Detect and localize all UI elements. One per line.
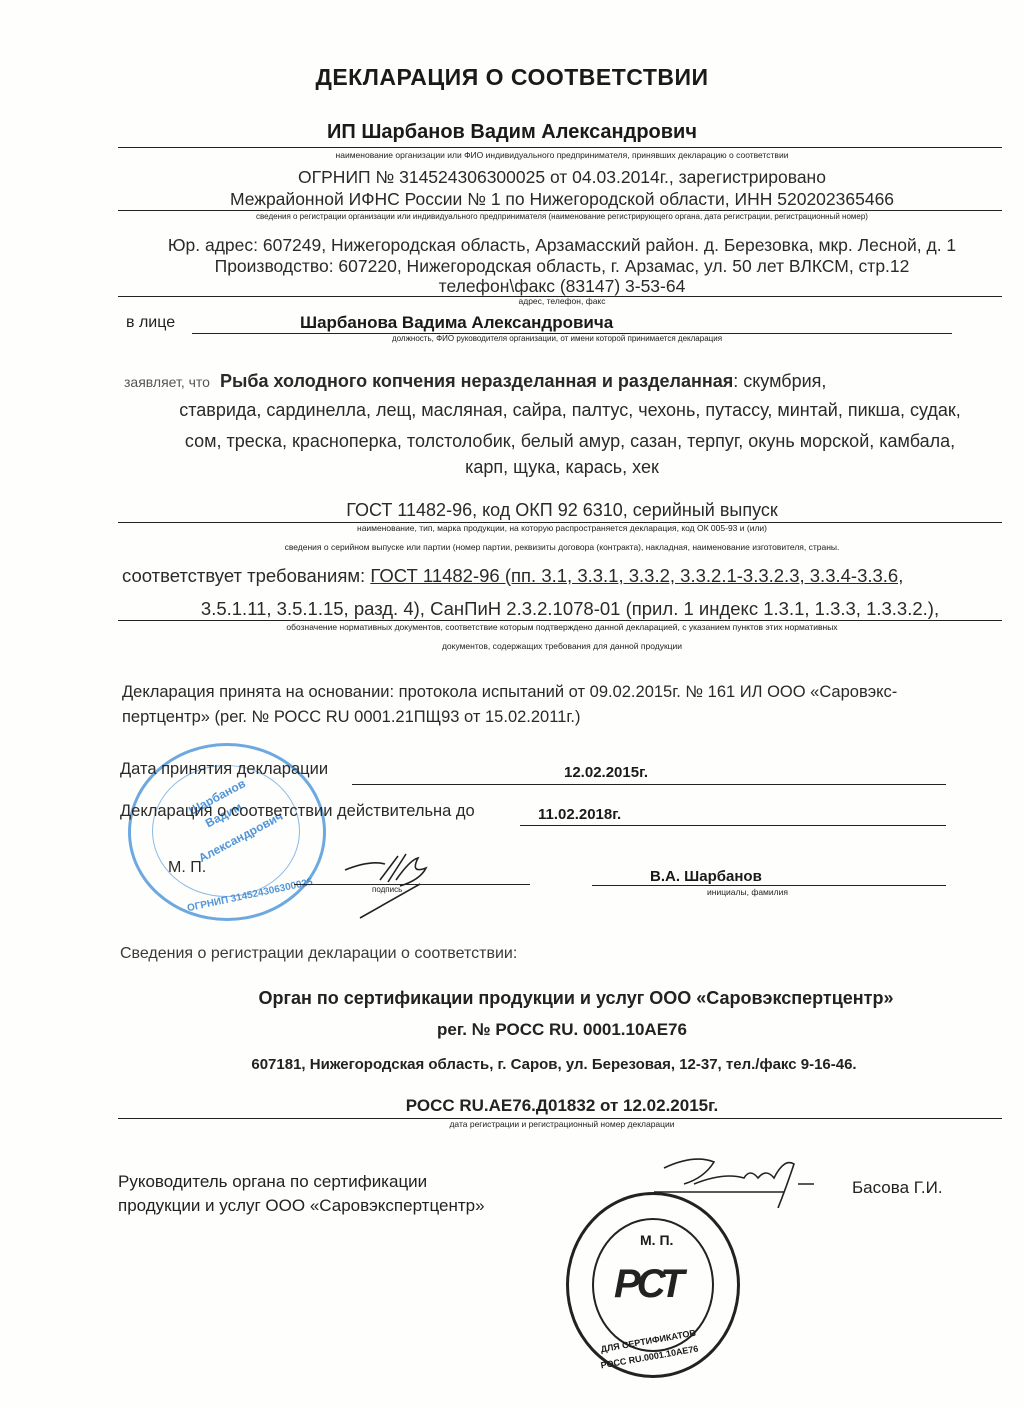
compliance-line-2: 3.5.1.11, 3.5.1.15, разд. 4), СанПиН 2.3… bbox=[70, 598, 1024, 620]
product-intro: заявляет, что bbox=[124, 374, 210, 390]
divider bbox=[118, 147, 1002, 148]
product-line-4: карп, щука, карась, хек bbox=[0, 457, 1024, 478]
address-line-1: Юр. адрес: 607249, Нижегородская область… bbox=[0, 235, 1024, 256]
divider bbox=[118, 620, 1002, 621]
address-caption: адрес, телефон, факс bbox=[0, 296, 1024, 306]
organization-name: ИП Шарбанов Вадим Александрович bbox=[0, 121, 1024, 144]
product-spec-caption-1: наименование, тип, марка продукции, на к… bbox=[0, 523, 1024, 533]
organization-name-caption: наименование организации или ФИО индивид… bbox=[0, 150, 1024, 160]
compliance-line-1: соответствует требованиям: ГОСТ 11482-96… bbox=[122, 565, 903, 587]
compliance-caption-2: документов, содержащих требования для да… bbox=[0, 641, 1024, 651]
valid-until-value: 11.02.2018г. bbox=[538, 806, 621, 823]
compliance-standards: ГОСТ 11482-96 (пп. 3.1, 3.3.1, 3.3.2, 3.… bbox=[370, 565, 903, 586]
valid-until-label: Декларация о соответствии действительна … bbox=[120, 802, 475, 821]
address-line-3: телефон\факс (83147) 3-53-64 bbox=[0, 276, 1024, 297]
head-name: Басова Г.И. bbox=[852, 1178, 943, 1198]
certification-body-address: 607181, Нижегородская область, г. Саров,… bbox=[0, 1056, 1024, 1073]
signer-caption: инициалы, фамилия bbox=[707, 887, 788, 897]
stamp-place-label: М. П. bbox=[168, 859, 206, 877]
document-title: ДЕКЛАРАЦИЯ О СООТВЕТСТВИИ bbox=[0, 64, 1024, 91]
registration-intro: Сведения о регистрации декларации о соот… bbox=[120, 945, 517, 963]
compliance-label: соответствует требованиям: bbox=[122, 565, 365, 586]
certification-stamp-mp: М. П. bbox=[640, 1232, 673, 1248]
compliance-caption-1: обозначение нормативных документов, соот… bbox=[0, 622, 1024, 632]
declaration-page: ДЕКЛАРАЦИЯ О СООТВЕТСТВИИ ИП Шарбанов Ва… bbox=[0, 0, 1024, 1408]
product-spec-caption-2: сведения о серийном выпуске или партии (… bbox=[0, 542, 1024, 552]
address-line-2: Производство: 607220, Нижегородская обла… bbox=[0, 256, 1024, 277]
representative-caption: должность, ФИО руководителя организации,… bbox=[344, 334, 770, 343]
product-line-1-rest: : скумбрия, bbox=[733, 371, 826, 391]
basis-line-2: пертцентр» (рег. № РОСС RU 0001.21ПЩ93 о… bbox=[122, 708, 580, 727]
certification-body: Орган по сертификации продукции и услуг … bbox=[0, 988, 1024, 1009]
product-spec: ГОСТ 11482-96, код ОКП 92 6310, серийный… bbox=[0, 500, 1024, 521]
basis-line-1: Декларация принята на основании: протоко… bbox=[122, 683, 897, 702]
product-line-1: заявляет, что Рыба холодного копчения не… bbox=[124, 371, 826, 392]
certification-body-reg-no: рег. № РОСС RU. 0001.10АЕ76 bbox=[0, 1020, 1024, 1040]
accepted-date-value: 12.02.2015г. bbox=[564, 764, 648, 781]
head-title-line-2: продукции и услуг ООО «Саровэкспертцентр… bbox=[118, 1196, 485, 1216]
head-title-line-1: Руководитель органа по сертификации bbox=[118, 1172, 427, 1192]
divider bbox=[520, 825, 946, 826]
divider bbox=[352, 784, 946, 785]
accepted-date-label: Дата принятия декларации bbox=[120, 760, 328, 779]
divider bbox=[118, 210, 1002, 211]
declaration-reg-number: РОСС RU.АЕ76.Д01832 от 12.02.2015г. bbox=[0, 1096, 1024, 1116]
registration-caption: сведения о регистрации организации или и… bbox=[0, 212, 1024, 221]
product-line-3: сом, треска, красноперка, толстолобик, б… bbox=[100, 431, 1024, 452]
declaration-reg-caption: дата регистрации и регистрационный номер… bbox=[0, 1119, 1024, 1129]
product-name: Рыба холодного копчения неразделанная и … bbox=[220, 371, 733, 391]
registration-line-1: ОГРНИП № 314524306300025 от 04.03.2014г.… bbox=[0, 167, 1024, 188]
representative-label: в лице bbox=[126, 314, 175, 332]
rst-logo: РСТ bbox=[614, 1262, 680, 1307]
divider bbox=[592, 885, 946, 886]
representative-name: Шарбанова Вадима Александровича bbox=[300, 313, 613, 333]
signature-caption: подпись bbox=[372, 885, 402, 894]
signer-name: В.А. Шарбанов bbox=[650, 868, 762, 885]
registration-line-2: Межрайонной ИФНС России № 1 по Нижегород… bbox=[0, 189, 1024, 210]
product-line-2: ставрида, сардинелла, лещ, масляная, сай… bbox=[100, 400, 1024, 421]
